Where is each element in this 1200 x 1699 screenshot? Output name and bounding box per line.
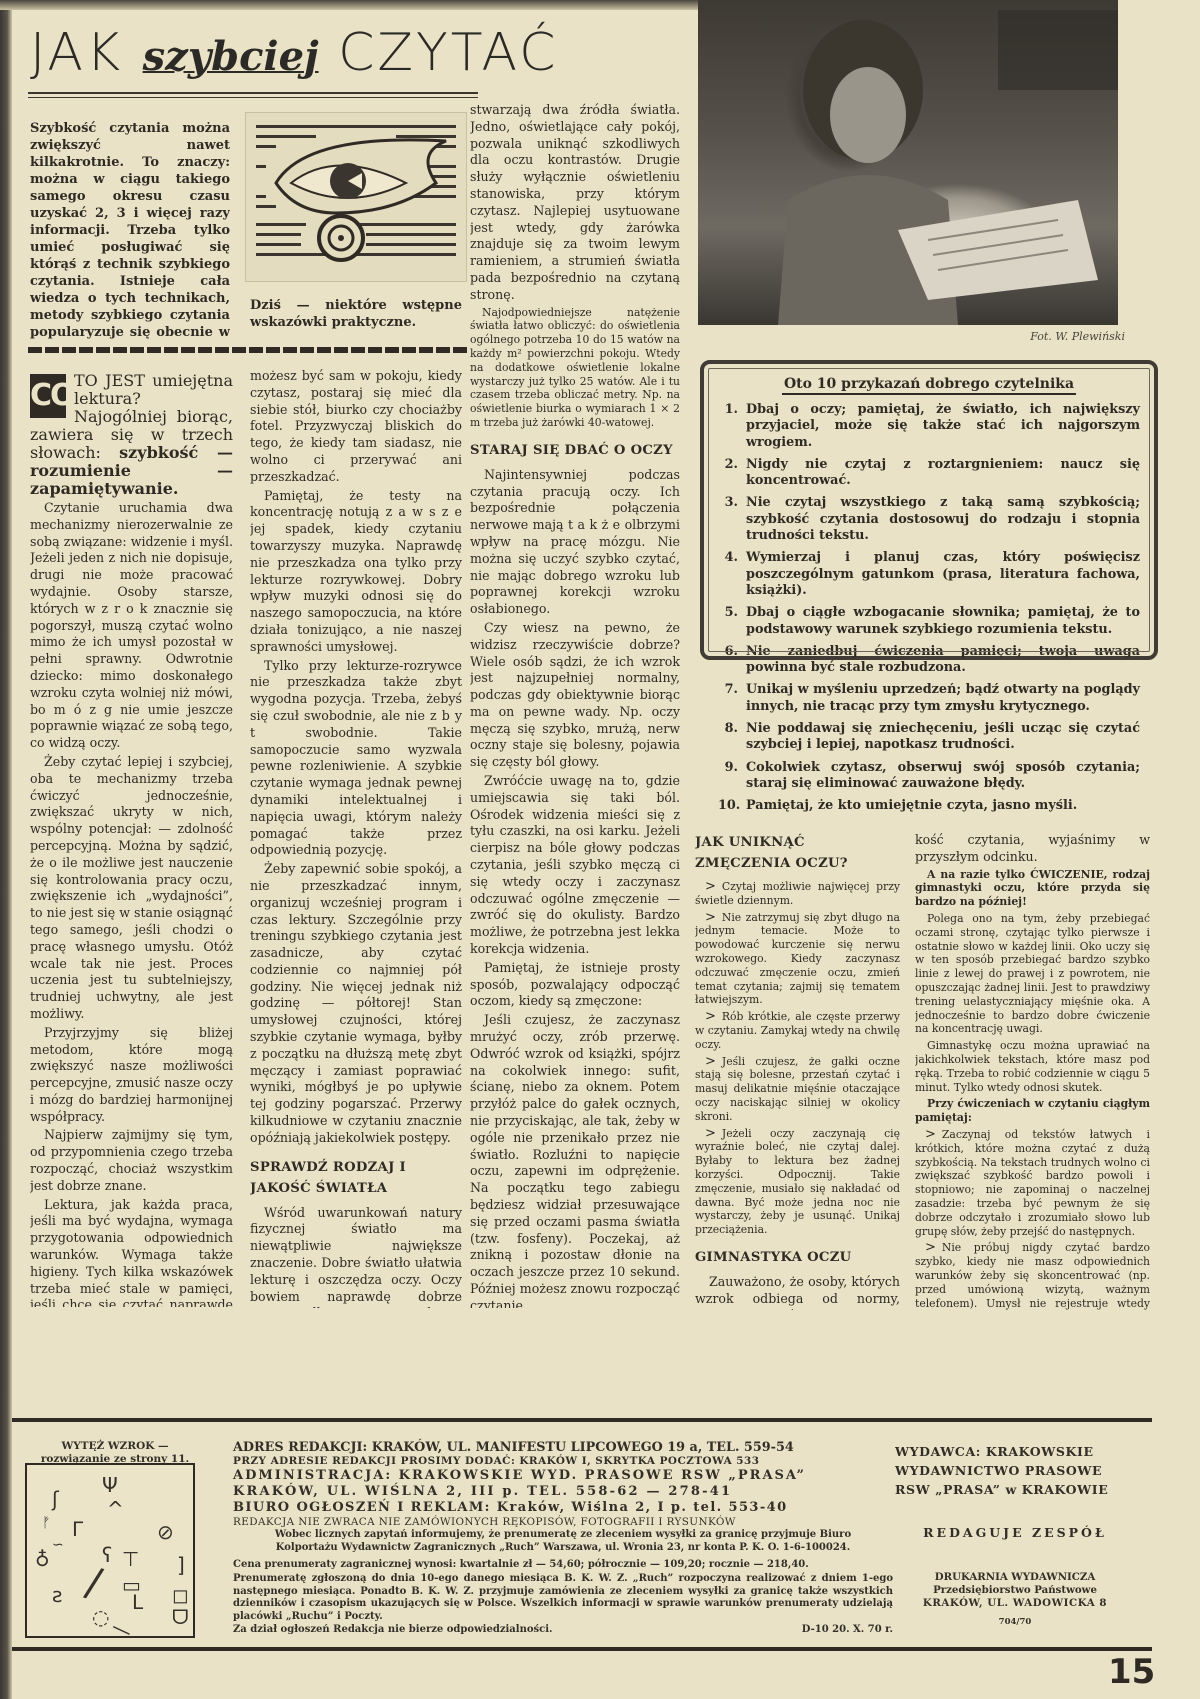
- item-number: 3.: [718, 495, 746, 544]
- tip-text: Zaczynaj od tekstów łatwych i krótkich, …: [915, 1128, 1150, 1238]
- commandment-item: 2.Nigdy nie czytaj z roztargnieniem: nau…: [718, 457, 1140, 490]
- col1-paragraph: Najpierw zajmijmy się tym, od przypomnie…: [30, 1127, 233, 1194]
- col3-paragraph: Zwróćcie uwagę na to, gdzie umiejscawia …: [470, 773, 680, 958]
- commandments-title: Oto 10 przykazań dobrego czytelnika: [718, 374, 1140, 394]
- pin-icon: ⊤: [122, 1547, 139, 1571]
- col3-paragraph: Pamiętaj, że istnieje prosty sposób, poz…: [470, 960, 680, 1010]
- col1-paragraph: Lektura, jak każda praca, jeśli ma być w…: [30, 1197, 233, 1307]
- item-text: Dbaj o ciągłe wzbogacanie słownika; pami…: [746, 605, 1140, 638]
- eye-icon: [246, 113, 468, 283]
- col2-paragraph: Żeby zapewnić sobie spokój, a nie przesz…: [250, 861, 462, 1147]
- col3-paragraph: Jeśli czujesz, że zaczynasz mrużyć oczy,…: [470, 1012, 680, 1308]
- tip-item: >Nie próbuj nigdy czytać bardzo szybko, …: [915, 1241, 1150, 1310]
- tip-text: Jeżeli oczy zaczynają cię wyraźnie boleć…: [695, 1127, 900, 1237]
- col3-paragraph: Czy wiesz na pewno, że widzisz rzeczywiś…: [470, 620, 680, 771]
- commandment-item: 7.Unikaj w myśleniu uprzedzeń; bądź otwa…: [718, 682, 1140, 715]
- blob-icon: ◌: [92, 1605, 109, 1629]
- item-number: 10.: [718, 798, 746, 814]
- publisher-block: WYDAWCA: KRAKOWSKIE WYDAWNICTWO PRASOWE …: [895, 1442, 1135, 1628]
- tip-text: Nie próbuj nigdy czytać bardzo szybko, k…: [915, 1241, 1150, 1310]
- commandment-item: 9.Cokolwiek czytasz, obserwuj swój sposó…: [718, 760, 1140, 793]
- lead-dashed-rule: [28, 347, 468, 353]
- commandments-title-text: Oto 10 przykazań dobrego czytelnika: [782, 376, 1076, 395]
- flag-icon: ᚠ: [42, 1515, 50, 1531]
- item-text: Dbaj o oczy; pamiętaj, że światło, ich n…: [746, 402, 1140, 451]
- commandments-list: 1.Dbaj o oczy; pamiętaj, że światło, ich…: [718, 402, 1140, 815]
- exercise-reminder: Przy ćwiczeniach w czytaniu ciągłym pami…: [915, 1097, 1150, 1125]
- column-5: kość czytania, wyjaśnimy w przyszłym odc…: [915, 832, 1150, 1310]
- exercise-paragraph: Polega ono na tym, żeby przebiegać oczam…: [915, 912, 1150, 1036]
- dropcap: CO: [30, 374, 66, 418]
- ads-disclaimer: Za dział ogłoszeń Redakcja nie bierze od…: [233, 1623, 553, 1636]
- commandment-item: 8.Nie poddawaj się zniechęceniu, jeśli u…: [718, 721, 1140, 754]
- col3-paragraph: Najintensywniej podczas czytania pracują…: [470, 467, 680, 618]
- article-title: JAK szybciej CZYTAĆ: [30, 18, 680, 88]
- bracket-right-icon: ]: [177, 1553, 185, 1577]
- s-shape-icon: ƨ: [52, 1583, 62, 1607]
- woman-reading-photo-icon: [698, 0, 1118, 325]
- item-number: 2.: [718, 457, 746, 490]
- item-number: 1.: [718, 402, 746, 451]
- item-text: Nie poddawaj się zniechęceniu, jeśli ucz…: [746, 721, 1140, 754]
- item-text: Nigdy nie czytaj z roztargnieniem: naucz…: [746, 457, 1140, 490]
- commandment-item: 3.Nie czytaj wszystkiego z taką samą szy…: [718, 495, 1140, 544]
- column-3: stwarzają dwa źródła światła. Jedno, ośw…: [470, 102, 680, 1308]
- price-line: Cena prenumeraty zagranicznej wynosi: kw…: [233, 1558, 893, 1571]
- page-top-edge: [0, 0, 700, 10]
- tip-text: Rób krótkie, ale częste przerwy w czytan…: [695, 1010, 900, 1051]
- column-4: JAK UNIKNĄĆ ZMĘCZENIA OCZU? >Czytaj możl…: [695, 832, 900, 1310]
- col3-paragraph: stwarzają dwa źródła światła. Jedno, ośw…: [470, 102, 680, 304]
- item-text: Pamiętaj, że kto umiejętnie czyta, jasno…: [746, 798, 1140, 814]
- exercise-notes: A na razie tylko ĆWICZENIE, rodzaj gimna…: [915, 868, 1150, 1310]
- caret-icon: ^: [107, 1497, 124, 1521]
- col1-paragraph: Przyjrzyjmy się bliżej metodom, które mo…: [30, 1025, 233, 1126]
- line-icon: —: [108, 1614, 136, 1644]
- commandment-item: 10.Pamiętaj, że kto umiejętnie czyta, ja…: [718, 798, 1140, 814]
- hook-icon: ʃ: [52, 1487, 59, 1511]
- address-line: ADRES REDAKCJI: KRAKÓW, UL. MANIFESTU LI…: [233, 1440, 893, 1455]
- print-code: D-10 20. X. 70 r.: [802, 1623, 893, 1636]
- footer-top-rule: [12, 1418, 1152, 1422]
- address-line: REDAKCJA NIE ZWRACA NIE ZAMÓWIONYCH RĘKO…: [233, 1516, 893, 1529]
- address-line: ADMINISTRACJA: KRAKOWSKIE WYD. PRASOWE R…: [233, 1468, 893, 1484]
- cup-icon: ◻: [172, 1583, 189, 1607]
- section-heading-light: SPRAWDŹ RODZAJ I JAKOŚĆ ŚWIATŁA: [250, 1157, 462, 1199]
- exercise-paragraph: Gimnastykę oczu można uprawiać na jakich…: [915, 1039, 1150, 1094]
- arrow-icon: >: [695, 1054, 722, 1069]
- col1-paragraph: Czytanie uruchamia dwa mechanizmy nieroz…: [30, 500, 233, 752]
- address-line: BIURO OGŁOSZEŃ I REKLAM: Kraków, Wiślna …: [233, 1500, 893, 1516]
- address-block: ADRES REDAKCJI: KRAKÓW, UL. MANIFESTU LI…: [233, 1440, 893, 1636]
- step-icon: ᒪ: [132, 1590, 143, 1614]
- address-line: Wobec licznych zapytań informujemy, że p…: [233, 1529, 893, 1554]
- col2-paragraph: Pamiętaj, że testy na koncentrację notuj…: [250, 488, 462, 656]
- col4-paragraph: Zauważono, że osoby, których wzrok odbie…: [695, 1274, 900, 1310]
- tip-text: Czytaj możliwie najwięcej przy świetle d…: [695, 880, 900, 907]
- item-text: Nie czytaj wszystkiego z taką samą szybk…: [746, 495, 1140, 544]
- small-print-paragraph: Najodpowiedniejsze natężenie światła łat…: [470, 306, 680, 430]
- trident-icon: Ψ: [102, 1473, 118, 1497]
- lead-cont-text: Dziś — niektóre wstępne wskazówki prakty…: [250, 297, 462, 331]
- tip-text: Jeśli czujesz, że gałki oczne stają się …: [695, 1055, 900, 1123]
- eye-illustration: [245, 112, 467, 282]
- lead-paragraph: Szybkość czytania można zwiększyć nawet …: [30, 120, 230, 344]
- col1-paragraph: Żeby czytać lepiej i szybciej, oba te me…: [30, 754, 233, 1023]
- item-number: 8.: [718, 721, 746, 754]
- item-number: 4.: [718, 550, 746, 599]
- lighting-calculation-note: Najodpowiedniejsze natężenie światła łat…: [470, 306, 680, 430]
- section-heading-eyes: STARAJ SIĘ DBAĆ O OCZY: [470, 440, 680, 461]
- page-number: 15: [1108, 1652, 1155, 1692]
- bracket-icon: ᒥ: [72, 1517, 83, 1541]
- tip-item: >Czytaj możliwie najwięcej przy świetle …: [695, 880, 900, 908]
- item-number: 7.: [718, 682, 746, 715]
- page-binding-edge: [0, 0, 12, 1699]
- item-number: 9.: [718, 760, 746, 793]
- exercise-intro: A na razie tylko ĆWICZENIE, rodzaj gimna…: [915, 868, 1150, 909]
- arrow-icon: >: [695, 910, 722, 925]
- photo-woman-reading: [698, 0, 1118, 325]
- lead-continuation: Dziś — niektóre wstępne wskazówki prakty…: [250, 297, 462, 333]
- tip-item: >Nie zatrzymuj się zbyt długo na jednym …: [695, 911, 900, 1008]
- printer-type: Przedsiębiorstwo Państwowe: [895, 1584, 1135, 1597]
- title-rule-thin: [28, 97, 478, 98]
- tip-item: >Jeśli czujesz, że gałki oczne stają się…: [695, 1055, 900, 1124]
- publisher: WYDAWCA: KRAKOWSKIE WYDAWNICTWO PRASOWE …: [895, 1442, 1135, 1499]
- item-text: Cokolwiek czytasz, obserwuj swój sposób …: [746, 760, 1140, 793]
- address-line: KRAKÓW, UL. WIŚLNA 2, III p. TEL. 558-62…: [233, 1484, 893, 1500]
- squiggle-icon: ∽: [52, 1537, 64, 1553]
- arrow-icon: >: [915, 1240, 942, 1255]
- bucket-icon: ᗜ: [172, 1605, 189, 1629]
- footer-bottom-rule: [12, 1647, 1152, 1651]
- col2-paragraph: Wśród uwarunkowań natury fizycznej świat…: [250, 1205, 462, 1308]
- item-text: Nie zaniedbuj ćwiczenia pamięci; twoja u…: [746, 644, 1140, 677]
- col2-paragraph: Tylko przy lekturze-rozrywce nie przeszk…: [250, 658, 462, 860]
- col2-paragraph: możesz być sam w pokoju, kiedy czytasz, …: [250, 368, 462, 486]
- section-heading-gymnastics: GIMNASTYKA OCZU: [695, 1247, 900, 1268]
- title-word-2: CZYTAĆ: [338, 23, 558, 83]
- printer-address: KRAKÓW, UL. WADOWICKA 8: [895, 1597, 1135, 1610]
- tip-text: Nie zatrzymuj się zbyt długo na jednym t…: [695, 911, 900, 1007]
- lollipop-icon: ♁: [35, 1547, 50, 1571]
- tip-item: >Zaczynaj od tekstów łatwych i krótkich,…: [915, 1128, 1150, 1238]
- footer-last-line: Za dział ogłoszeń Redakcja nie bierze od…: [233, 1623, 893, 1636]
- arrow-icon: >: [915, 1127, 942, 1142]
- photo-credit: Fot. W. Plewiński: [1005, 330, 1125, 343]
- commandment-item: 6.Nie zaniedbuj ćwiczenia pamięci; twoja…: [718, 644, 1140, 677]
- editorial-team: REDAGUJE ZESPÓŁ: [895, 1525, 1135, 1541]
- title-script-word: szybciej: [143, 33, 319, 80]
- item-number: 5.: [718, 605, 746, 638]
- printer-name: DRUKARNIA WYDAWNICZA: [895, 1571, 1135, 1584]
- item-number: 6.: [718, 644, 746, 677]
- tip-item: >Rób krótkie, ale częste przerwy w czyta…: [695, 1010, 900, 1051]
- commandment-item: 4.Wymierzaj i planuj czas, który poświęc…: [718, 550, 1140, 599]
- title-rule: [28, 92, 478, 94]
- item-text: Wymierzaj i planuj czas, który poświęcis…: [746, 550, 1140, 599]
- title-word-1: JAK: [30, 23, 123, 83]
- oval-icon: ⊘: [157, 1520, 174, 1544]
- commandment-item: 1.Dbaj o oczy; pamiętaj, że światło, ich…: [718, 402, 1140, 451]
- subscription-info: Prenumeratę zgłoszoną do dnia 10-ego dan…: [233, 1573, 893, 1623]
- fatigue-tips: >Czytaj możliwie najwięcej przy świetle …: [695, 880, 900, 1237]
- arrow-icon: >: [695, 1009, 722, 1024]
- tip-item: >Jeżeli oczy zaczynają cię wyraźnie bole…: [695, 1127, 900, 1237]
- col5-paragraph: kość czytania, wyjaśnimy w przyszłym odc…: [915, 832, 1150, 866]
- column-2: możesz być sam w pokoju, kiedy czytasz, …: [250, 368, 462, 1308]
- arrow-icon: >: [695, 879, 722, 894]
- address-line: PRZY ADRESIE REDAKCJI PROSIMY DODAĆ: KRA…: [233, 1455, 893, 1468]
- stick-icon: /: [81, 1559, 106, 1607]
- order-number: 704/70: [895, 1616, 1135, 1628]
- lead-text: Szybkość czytania można zwiększyć nawet …: [30, 120, 230, 342]
- puzzle-solution-box: Ψ ʃ ^ ᚠ ᒥ ⊘ ∽ ʕ ⊤ ♁ ] / ▭ ƨ ᒪ ◻ ᗜ ◌ —: [25, 1463, 195, 1638]
- section-heading-fatigue: JAK UNIKNĄĆ ZMĘCZENIA OCZU?: [695, 832, 900, 874]
- commandments-box: Oto 10 przykazań dobrego czytelnika 1.Db…: [700, 360, 1158, 660]
- arrow-icon: >: [695, 1126, 722, 1141]
- item-text: Unikaj w myśleniu uprzedzeń; bądź otwart…: [746, 682, 1140, 715]
- column-1: CO TO JEST umiejętna lektura? Najogólnie…: [30, 372, 233, 1307]
- commandment-item: 5.Dbaj o ciągłe wzbogacanie słownika; pa…: [718, 605, 1140, 638]
